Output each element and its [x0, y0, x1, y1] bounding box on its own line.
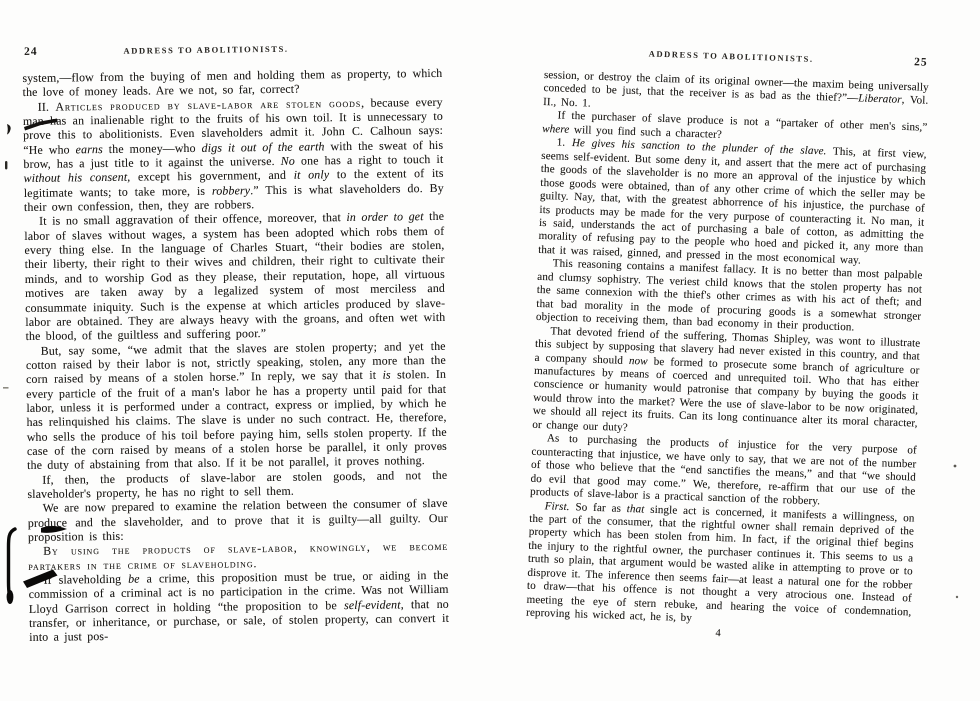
text-segment: the labor of slaves without wages, a sys…: [24, 209, 445, 343]
text-segment: now: [629, 354, 648, 367]
ink-blot-mark: [7, 590, 14, 604]
text-segment: We are now prepared to examine the relat…: [28, 496, 448, 544]
text-segment: in order to get: [346, 210, 423, 225]
text-segment: single act is concerned, it manifests a …: [526, 503, 915, 624]
left-page-number: 24: [24, 46, 38, 58]
text-segment: 1.: [557, 137, 573, 149]
left-page-header: 24 ADDRESS TO ABOLITIONISTS.: [22, 41, 442, 59]
text-segment: one has a right to touch it: [295, 152, 444, 168]
scanned-book-spread: 24 ADDRESS TO ABOLITIONISTS. system,—flo…: [0, 0, 980, 701]
text-segment: Liberator: [858, 93, 902, 106]
ink-margin-bracket-mark: [8, 529, 15, 596]
paragraph: First. So far as that single act is conc…: [526, 499, 915, 633]
text-segment: that: [627, 502, 645, 515]
text-segment: robbery: [212, 183, 250, 197]
paragraph: As to purchasing the products of injusti…: [530, 432, 917, 512]
text-segment: No: [281, 154, 295, 168]
text-segment: earns: [76, 142, 103, 156]
text-segment: it only: [294, 168, 330, 182]
text-segment: II.: [38, 99, 56, 113]
ink-margin-comma-mark: [7, 124, 11, 135]
paragraph: It is no small aggravation of their offe…: [24, 209, 446, 343]
text-segment: So far as: [569, 501, 627, 515]
text-segment: This, at first view, seems self-evident.…: [538, 146, 927, 267]
text-segment: where: [542, 123, 570, 136]
text-segment: First.: [544, 500, 569, 513]
text-segment: , except his government, and: [127, 168, 294, 184]
right-page: ADDRESS TO ABOLITIONISTS. 25 session, or…: [525, 44, 929, 645]
text-segment: without his consent: [24, 170, 128, 185]
paper-speck: [954, 465, 957, 468]
paragraph: But, say some, “we admit that the slaves…: [26, 338, 448, 472]
paragraph: If slaveholding be a crime, this proposi…: [28, 568, 449, 645]
text-segment: If, then, the products of slave-labor ar…: [27, 467, 447, 500]
left-running-head: ADDRESS TO ABOLITIONISTS.: [123, 44, 288, 56]
text-segment: is: [382, 368, 390, 382]
text-segment: the money—who: [103, 141, 202, 156]
text-segment: self-evident: [344, 597, 401, 612]
paragraph: 1. He gives his sanction to the plunder …: [538, 136, 927, 270]
text-segment: As to purchasing the products of injusti…: [530, 433, 917, 508]
text-segment: This reasoning contains a manifest falla…: [536, 258, 923, 334]
paper-speck: [956, 596, 958, 598]
paragraph: II. Articles produced by slave-labor are…: [23, 95, 444, 215]
left-page-body: system,—flow from the buying of men and …: [22, 66, 449, 645]
text-segment: digs it out of the earth: [202, 139, 325, 155]
right-running-head: ADDRESS TO ABOLITIONISTS.: [649, 48, 814, 63]
text-segment: be formed to prosecute some branch of ag…: [532, 355, 919, 434]
right-page-number: 25: [914, 56, 928, 68]
text-segment: be: [128, 572, 140, 586]
paragraph: This reasoning contains a manifest falla…: [536, 257, 923, 337]
right-page-header: ADDRESS TO ABOLITIONISTS. 25: [545, 44, 930, 70]
left-page: 24 ADDRESS TO ABOLITIONISTS. system,—flo…: [22, 41, 449, 645]
text-segment: If slaveholding: [43, 572, 128, 587]
ink-margin-tick-mark: [5, 161, 7, 170]
paper-speck: [3, 387, 9, 389]
paragraph: That devoted friend of the suffering, Th…: [532, 324, 920, 444]
right-page-body: session, or destroy the claim of its ori…: [526, 69, 929, 633]
paragraph: We are now prepared to examine the relat…: [28, 496, 448, 544]
